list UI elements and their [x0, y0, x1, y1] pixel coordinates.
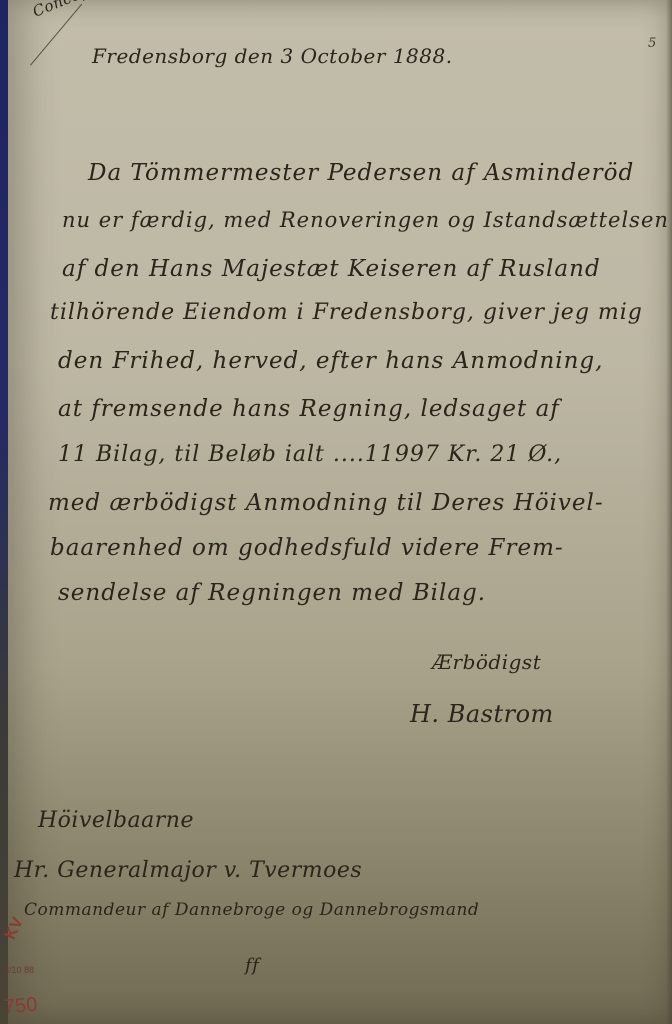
addressee-salutation: Höivelbaarne: [38, 808, 194, 833]
closing: Ærbödigst: [432, 650, 541, 674]
body-line-3: af den Hans Majestæt Keiseren af Rusland: [62, 256, 601, 282]
date-line: Fredensborg den 3 October 1888.: [92, 44, 453, 68]
addressee-name: Hr. Generalmajor v. Tvermoes: [14, 858, 362, 883]
body-line-10: sendelse af Regningen med Bilag.: [58, 580, 486, 606]
archive-stamp-number: 750: [3, 994, 38, 1020]
body-line-4: tilhörende Eiendom i Fredensborg, giver …: [50, 300, 643, 325]
page-number-mark: 5: [648, 36, 657, 51]
signature: H. Bastrom: [410, 700, 554, 728]
body-line-2: nu er færdig, med Renoveringen og Istand…: [62, 208, 669, 232]
body-line-6: at fremsende hans Regning, ledsaget af: [58, 396, 560, 422]
body-line-1: Da Tömmermester Pedersen af Asminderöd: [88, 160, 634, 186]
page-edge-shadow: [666, 0, 672, 1024]
binding-strip: [0, 0, 8, 1024]
addressee-title: Commandeur af Dannebroge og Dannebrogsma…: [24, 900, 479, 920]
body-line-8: med ærbödigst Anmodning til Deres Höivel…: [48, 490, 604, 516]
body-line-7-amount: 11 Bilag, til Beløb ialt ....11997 Kr. 2…: [58, 442, 562, 467]
body-line-5: den Frihed, herved, efter hans Anmodning…: [58, 348, 603, 374]
footer-mark: ff: [245, 955, 259, 976]
archive-stamp-fraction: 3/10 88: [4, 965, 34, 975]
body-line-9: baarenhed om godhedsfuld videre Frem-: [50, 535, 564, 561]
